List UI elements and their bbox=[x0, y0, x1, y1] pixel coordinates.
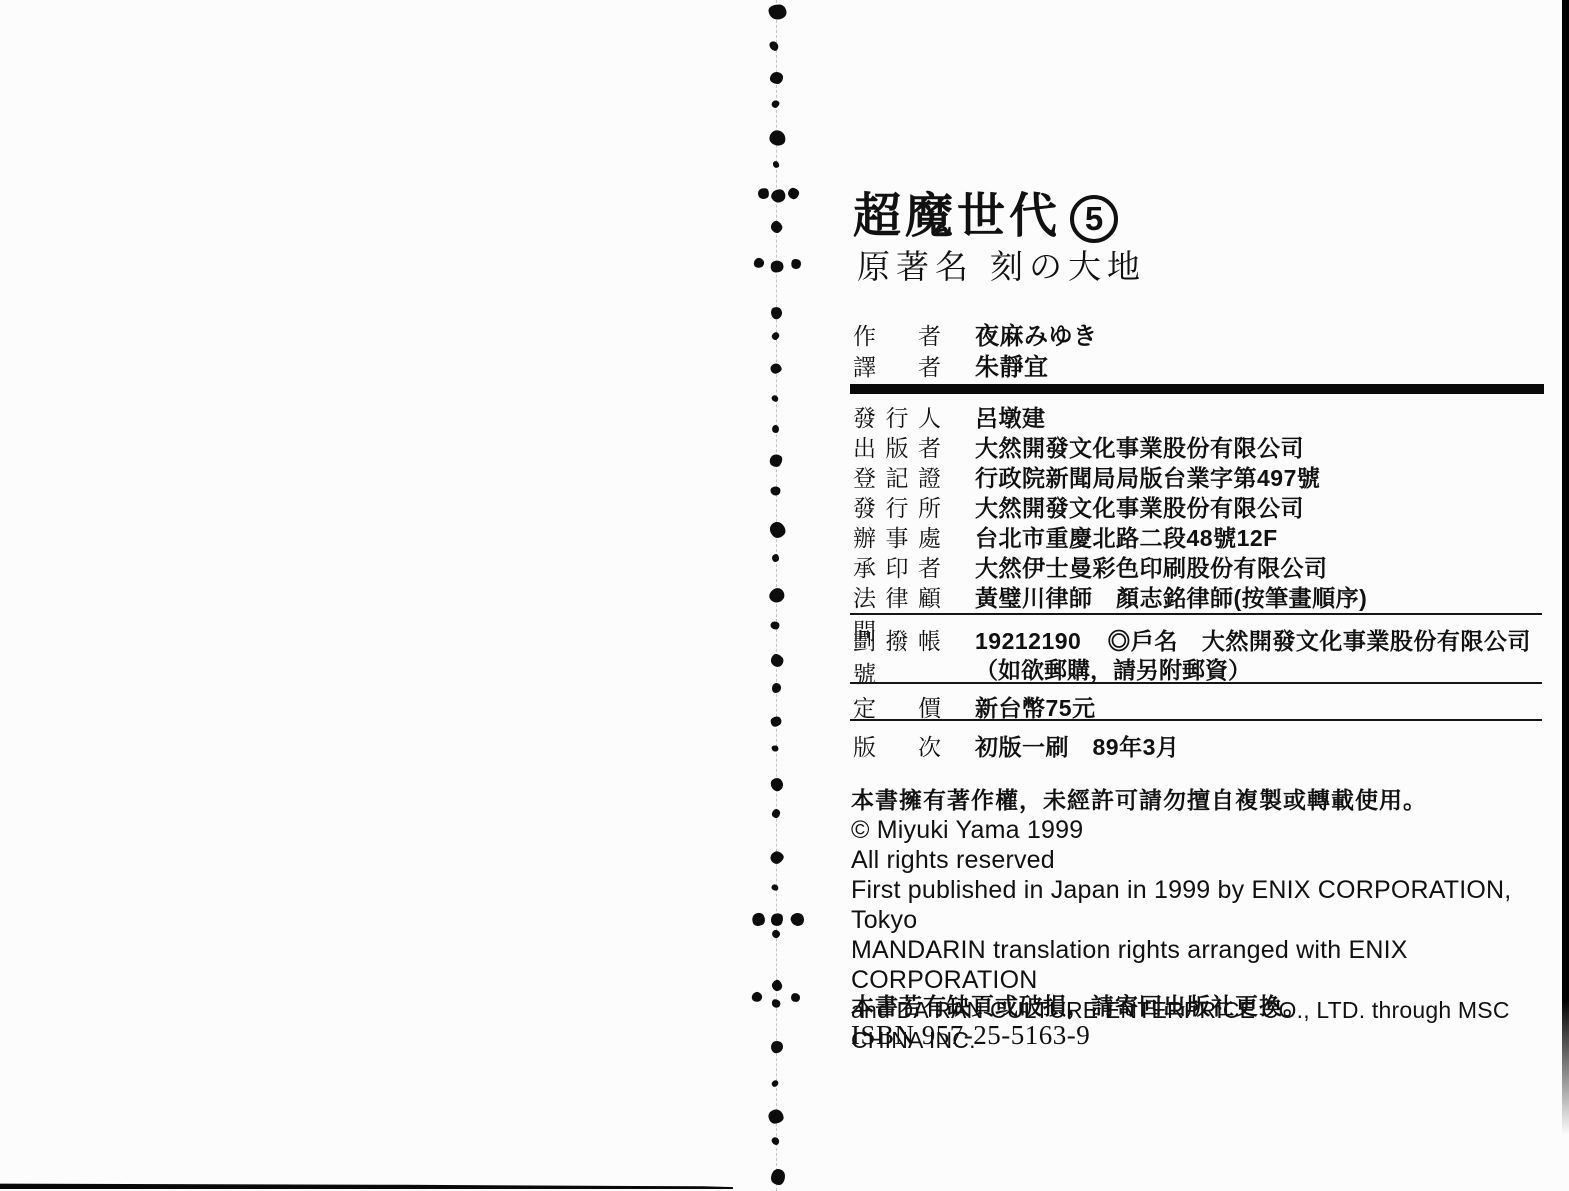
ink-blot bbox=[771, 683, 781, 694]
registration-label: 登記證 bbox=[853, 460, 941, 493]
ink-blot bbox=[771, 1169, 786, 1185]
copyright-notice-chinese: 本書擁有著作權，未經許可請勿擅自複製或轉載使用。 bbox=[851, 785, 1569, 815]
printer-label: 承印者 bbox=[853, 550, 941, 583]
ink-blot bbox=[767, 585, 787, 606]
ink-blot bbox=[767, 451, 784, 469]
postal-account-block: 劃撥帳號 19212190 ◎戶名 大然開發文化事業股份有限公司 （如欲郵購，請… bbox=[853, 623, 1531, 681]
ink-blot bbox=[772, 159, 781, 168]
credits-block: 作者 夜麻みゆき 譯者 朱靜宜 bbox=[853, 316, 1098, 378]
ink-blot bbox=[768, 775, 785, 792]
printer-row: 承印者 大然伊士曼彩色印刷股份有限公司 bbox=[853, 550, 1367, 580]
price-row: 定價 新台幣75元 bbox=[853, 690, 1096, 720]
publisher-person-row: 發行人 呂墩建 bbox=[853, 400, 1367, 430]
isbn: ISBN 957-25-5163-9 bbox=[851, 1021, 1307, 1050]
ink-blot bbox=[769, 911, 785, 927]
ink-blot bbox=[768, 849, 785, 866]
distributor-label: 發行所 bbox=[853, 490, 941, 523]
distributor-row: 發行所 大然開發文化事業股份有限公司 bbox=[853, 490, 1367, 520]
translator-name: 朱靜宜 bbox=[975, 347, 1049, 382]
legal-advisor-value: 黃璧川律師 顏志銘律師(按筆畫順序) bbox=[975, 580, 1367, 613]
copyright-line: © Miyuki Yama 1999 bbox=[851, 815, 1569, 845]
postal-account-label: 劃撥帳號 bbox=[853, 623, 941, 689]
registration-value: 行政院新聞局局版台業字第497號 bbox=[975, 460, 1320, 493]
ink-blot bbox=[790, 992, 801, 1003]
ink-blot bbox=[786, 186, 800, 200]
copyright-line: All rights reserved bbox=[851, 845, 1569, 875]
ink-blot bbox=[770, 1078, 779, 1087]
publication-info-block: 發行人 呂墩建 出版者 大然開發文化事業股份有限公司 登記證 行政院新聞局局版台… bbox=[853, 400, 1367, 610]
divider-thin bbox=[850, 682, 1542, 684]
edition-row: 版次 初版一刷 89年3月 bbox=[853, 729, 1179, 759]
ink-blot bbox=[768, 1108, 784, 1123]
copyright-line: First published in Japan in 1999 by ENIX… bbox=[851, 875, 1569, 935]
book-title-text: 超魔世代 bbox=[853, 191, 1061, 244]
ink-blot bbox=[770, 997, 782, 1009]
ink-blot bbox=[768, 129, 786, 146]
publisher-person-label: 發行人 bbox=[853, 400, 941, 433]
postal-account-number: 19212190 bbox=[975, 628, 1081, 655]
office-row: 辦事處 台北市重慶北路二段48號12F bbox=[853, 520, 1367, 550]
ink-blot bbox=[770, 331, 780, 341]
legal-advisor-row: 法律顧問 黃璧川律師 顏志銘律師(按筆畫順序) bbox=[853, 580, 1367, 610]
postal-account-row: 劃撥帳號 19212190 ◎戶名 大然開發文化事業股份有限公司 bbox=[853, 623, 1531, 652]
ink-blot bbox=[769, 187, 788, 205]
ink-blot bbox=[766, 519, 788, 541]
publisher-person-value: 呂墩建 bbox=[975, 400, 1046, 433]
ink-blot bbox=[768, 5, 786, 20]
edition-label: 版次 bbox=[853, 729, 941, 762]
ink-blot bbox=[770, 1040, 784, 1054]
ink-blot bbox=[771, 929, 782, 940]
ink-blot bbox=[771, 808, 781, 819]
ink-blot bbox=[770, 394, 779, 403]
ink-blot bbox=[769, 258, 786, 274]
ink-blot bbox=[770, 99, 781, 109]
ink-blot bbox=[769, 486, 780, 496]
ink-blot bbox=[768, 651, 786, 669]
ink-blot bbox=[750, 990, 764, 1004]
ink-blot bbox=[770, 621, 779, 629]
divider-thick bbox=[850, 384, 1544, 394]
ink-blot bbox=[771, 883, 779, 891]
translator-row: 譯者 朱靜宜 bbox=[853, 347, 1098, 378]
mail-order-note: （如欲郵購，請另附郵資） bbox=[975, 652, 1531, 681]
ink-blot bbox=[769, 714, 784, 729]
ink-blot bbox=[771, 424, 779, 433]
original-title-label: 原著名 bbox=[857, 250, 974, 286]
publisher-company-value: 大然開發文化事業股份有限公司 bbox=[975, 430, 1304, 463]
page-edge-bottom-left bbox=[0, 1183, 733, 1189]
footer-block: 本書若有缺頁或破損，請寄回出版社更換。 ISBN 957-25-5163-9 bbox=[851, 992, 1307, 1050]
ink-blot bbox=[789, 257, 802, 270]
ink-blot bbox=[768, 40, 781, 53]
ink-blot bbox=[769, 72, 783, 85]
ink-blot bbox=[769, 362, 782, 375]
publisher-company-row: 出版者 大然開發文化事業股份有限公司 bbox=[853, 430, 1367, 460]
damage-notice: 本書若有缺頁或破損，請寄回出版社更換。 bbox=[851, 992, 1307, 1021]
office-label: 辦事處 bbox=[853, 520, 941, 553]
author-row: 作者 夜麻みゆき bbox=[853, 316, 1098, 347]
copyright-line: MANDARIN translation rights arranged wit… bbox=[851, 935, 1569, 995]
volume-number-badge: 5 bbox=[1070, 195, 1118, 243]
translator-label: 譯者 bbox=[853, 349, 941, 382]
ink-blot bbox=[768, 219, 783, 235]
ink-blot bbox=[770, 1136, 781, 1147]
printer-value: 大然伊士曼彩色印刷股份有限公司 bbox=[975, 550, 1328, 583]
registration-row: 登記證 行政院新聞局局版台業字第497號 bbox=[853, 460, 1367, 490]
publisher-company-label: 出版者 bbox=[853, 430, 941, 463]
ink-blot bbox=[756, 186, 769, 199]
ink-blot bbox=[771, 744, 779, 751]
author-label: 作者 bbox=[853, 318, 941, 351]
divider-thin bbox=[850, 719, 1542, 721]
office-value: 台北市重慶北路二段48號12F bbox=[975, 520, 1278, 553]
ink-blot bbox=[789, 911, 806, 928]
ink-blot bbox=[769, 306, 783, 321]
ink-blot bbox=[771, 554, 778, 562]
ink-blot bbox=[771, 978, 784, 992]
colophon-page-scan: 超魔世代 5 原著名刻の大地 作者 夜麻みゆき 譯者 朱靜宜 發行人 呂墩建 出… bbox=[0, 0, 1569, 1191]
ink-blot bbox=[753, 257, 766, 270]
author-name: 夜麻みゆき bbox=[975, 316, 1098, 351]
postal-holder-name: 大然開發文化事業股份有限公司 bbox=[1202, 623, 1531, 656]
divider-thin bbox=[850, 613, 1542, 615]
original-title: 原著名刻の大地 bbox=[857, 249, 1146, 289]
original-title-value: 刻の大地 bbox=[990, 250, 1146, 286]
edition-value: 初版一刷 89年3月 bbox=[975, 729, 1179, 762]
book-title: 超魔世代 5 bbox=[853, 191, 1118, 244]
distributor-value: 大然開發文化事業股份有限公司 bbox=[975, 490, 1304, 523]
ink-blot bbox=[749, 910, 766, 927]
